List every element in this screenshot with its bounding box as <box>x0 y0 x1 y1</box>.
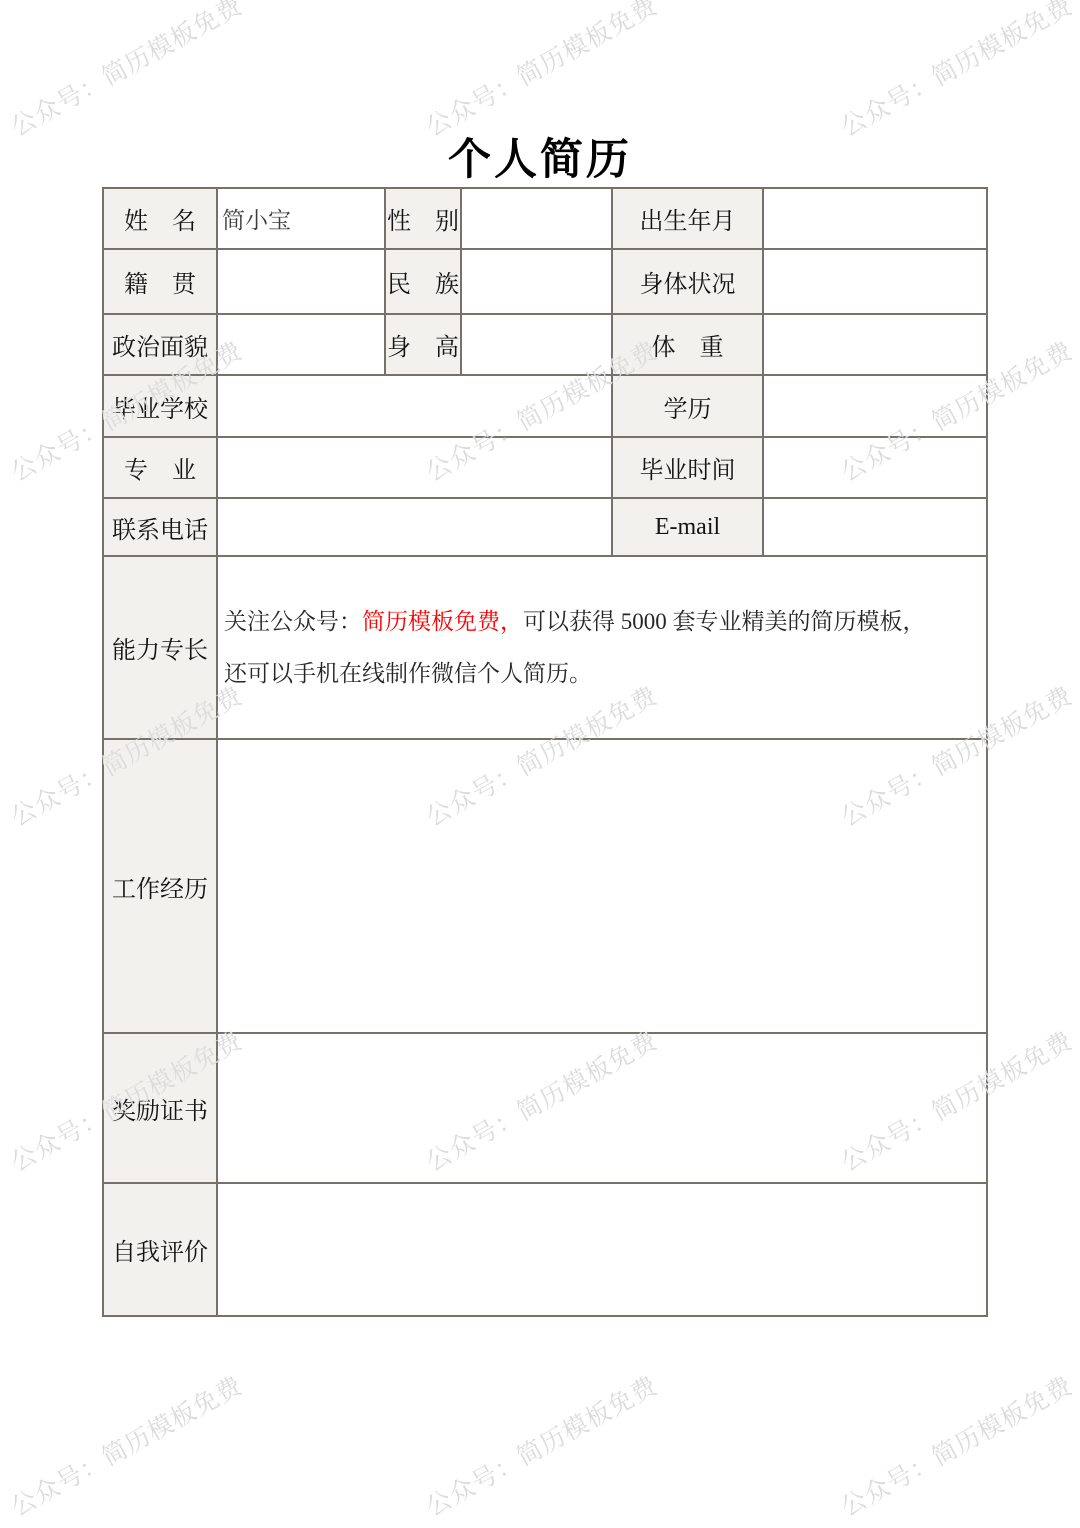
table-row: 姓 名 简小宝 性 别 出生年月 <box>103 188 987 249</box>
field-label-email: E-mail <box>612 498 763 556</box>
table-row: 工作经历 <box>103 739 987 1033</box>
field-label-gender: 性 别 <box>385 188 461 249</box>
field-label-weight: 体 重 <box>612 314 763 375</box>
field-label-political-status: 政治面貌 <box>103 314 217 375</box>
field-value-graduation-time[interactable] <box>763 437 987 498</box>
field-label-graduation-time: 毕业时间 <box>612 437 763 498</box>
field-label-school: 毕业学校 <box>103 375 217 437</box>
table-row: 自我评价 <box>103 1183 987 1316</box>
table-row: 能力专长 关注公众号：简历模板免费，可以获得 5000 套专业精美的简历模板，还… <box>103 556 987 739</box>
field-value-phone[interactable] <box>217 498 612 556</box>
table-row: 专 业 毕业时间 <box>103 437 987 498</box>
watermark-text: 公众号：简历模板免费 <box>834 0 1079 144</box>
field-value-ability[interactable]: 关注公众号：简历模板免费，可以获得 5000 套专业精美的简历模板，还可以手机在… <box>217 556 987 739</box>
page-title: 个人简历 <box>0 126 1080 187</box>
field-label-education: 学历 <box>612 375 763 437</box>
watermark-text: 公众号：简历模板免费 <box>4 0 249 144</box>
field-value-name[interactable]: 简小宝 <box>217 188 385 249</box>
ability-text: 关注公众号：简历模板免费，可以获得 5000 套专业精美的简历模板，还可以手机在… <box>222 596 982 700</box>
field-value-email[interactable] <box>763 498 987 556</box>
field-value-education[interactable] <box>763 375 987 437</box>
field-value-work-experience[interactable] <box>217 739 987 1033</box>
ability-text-line2: 还可以手机在线制作微信个人简历。 <box>224 661 592 686</box>
field-label-height: 身 高 <box>385 314 461 375</box>
watermark-text: 公众号：简历模板免费 <box>419 1366 664 1524</box>
table-row: 毕业学校 学历 <box>103 375 987 437</box>
field-value-gender[interactable] <box>461 188 612 249</box>
field-label-health: 身体状况 <box>612 249 763 314</box>
field-value-self-evaluation[interactable] <box>217 1183 987 1316</box>
field-label-major: 专 业 <box>103 437 217 498</box>
field-value-weight[interactable] <box>763 314 987 375</box>
table-row: 奖励证书 <box>103 1033 987 1183</box>
field-value-birth-date[interactable] <box>763 188 987 249</box>
field-value-major[interactable] <box>217 437 612 498</box>
resume-page: 个人简历 姓 名 简小宝 性 别 出生年月 籍 贯 民 族 身体状况 <box>0 0 1080 1528</box>
field-label-birth-date: 出生年月 <box>612 188 763 249</box>
watermark-text: 公众号：简历模板免费 <box>834 1366 1079 1524</box>
field-value-height[interactable] <box>461 314 612 375</box>
field-label-name: 姓 名 <box>103 188 217 249</box>
field-label-ability: 能力专长 <box>103 556 217 739</box>
field-value-ethnicity[interactable] <box>461 249 612 314</box>
ability-text-line1-rest: 可以获得 5000 套专业精美的简历模板， <box>523 609 926 634</box>
watermark-text: 公众号：简历模板免费 <box>4 1366 249 1524</box>
table-row: 联系电话 E-mail <box>103 498 987 556</box>
ability-text-highlight: 简历模板免费， <box>362 609 523 634</box>
field-label-awards: 奖励证书 <box>103 1033 217 1183</box>
field-label-work-experience: 工作经历 <box>103 739 217 1033</box>
ability-text-prefix: 关注公众号： <box>224 609 362 634</box>
field-label-native-place: 籍 贯 <box>103 249 217 314</box>
table-row: 政治面貌 身 高 体 重 <box>103 314 987 375</box>
field-value-native-place[interactable] <box>217 249 385 314</box>
watermark-text: 公众号：简历模板免费 <box>419 0 664 144</box>
table-row: 籍 贯 民 族 身体状况 <box>103 249 987 314</box>
field-label-self-evaluation: 自我评价 <box>103 1183 217 1316</box>
field-value-school[interactable] <box>217 375 612 437</box>
field-label-ethnicity: 民 族 <box>385 249 461 314</box>
resume-table: 姓 名 简小宝 性 别 出生年月 籍 贯 民 族 身体状况 政治面貌 身 高 <box>102 187 988 1317</box>
field-label-phone: 联系电话 <box>103 498 217 556</box>
field-value-health[interactable] <box>763 249 987 314</box>
field-value-awards[interactable] <box>217 1033 987 1183</box>
field-value-political-status[interactable] <box>217 314 385 375</box>
